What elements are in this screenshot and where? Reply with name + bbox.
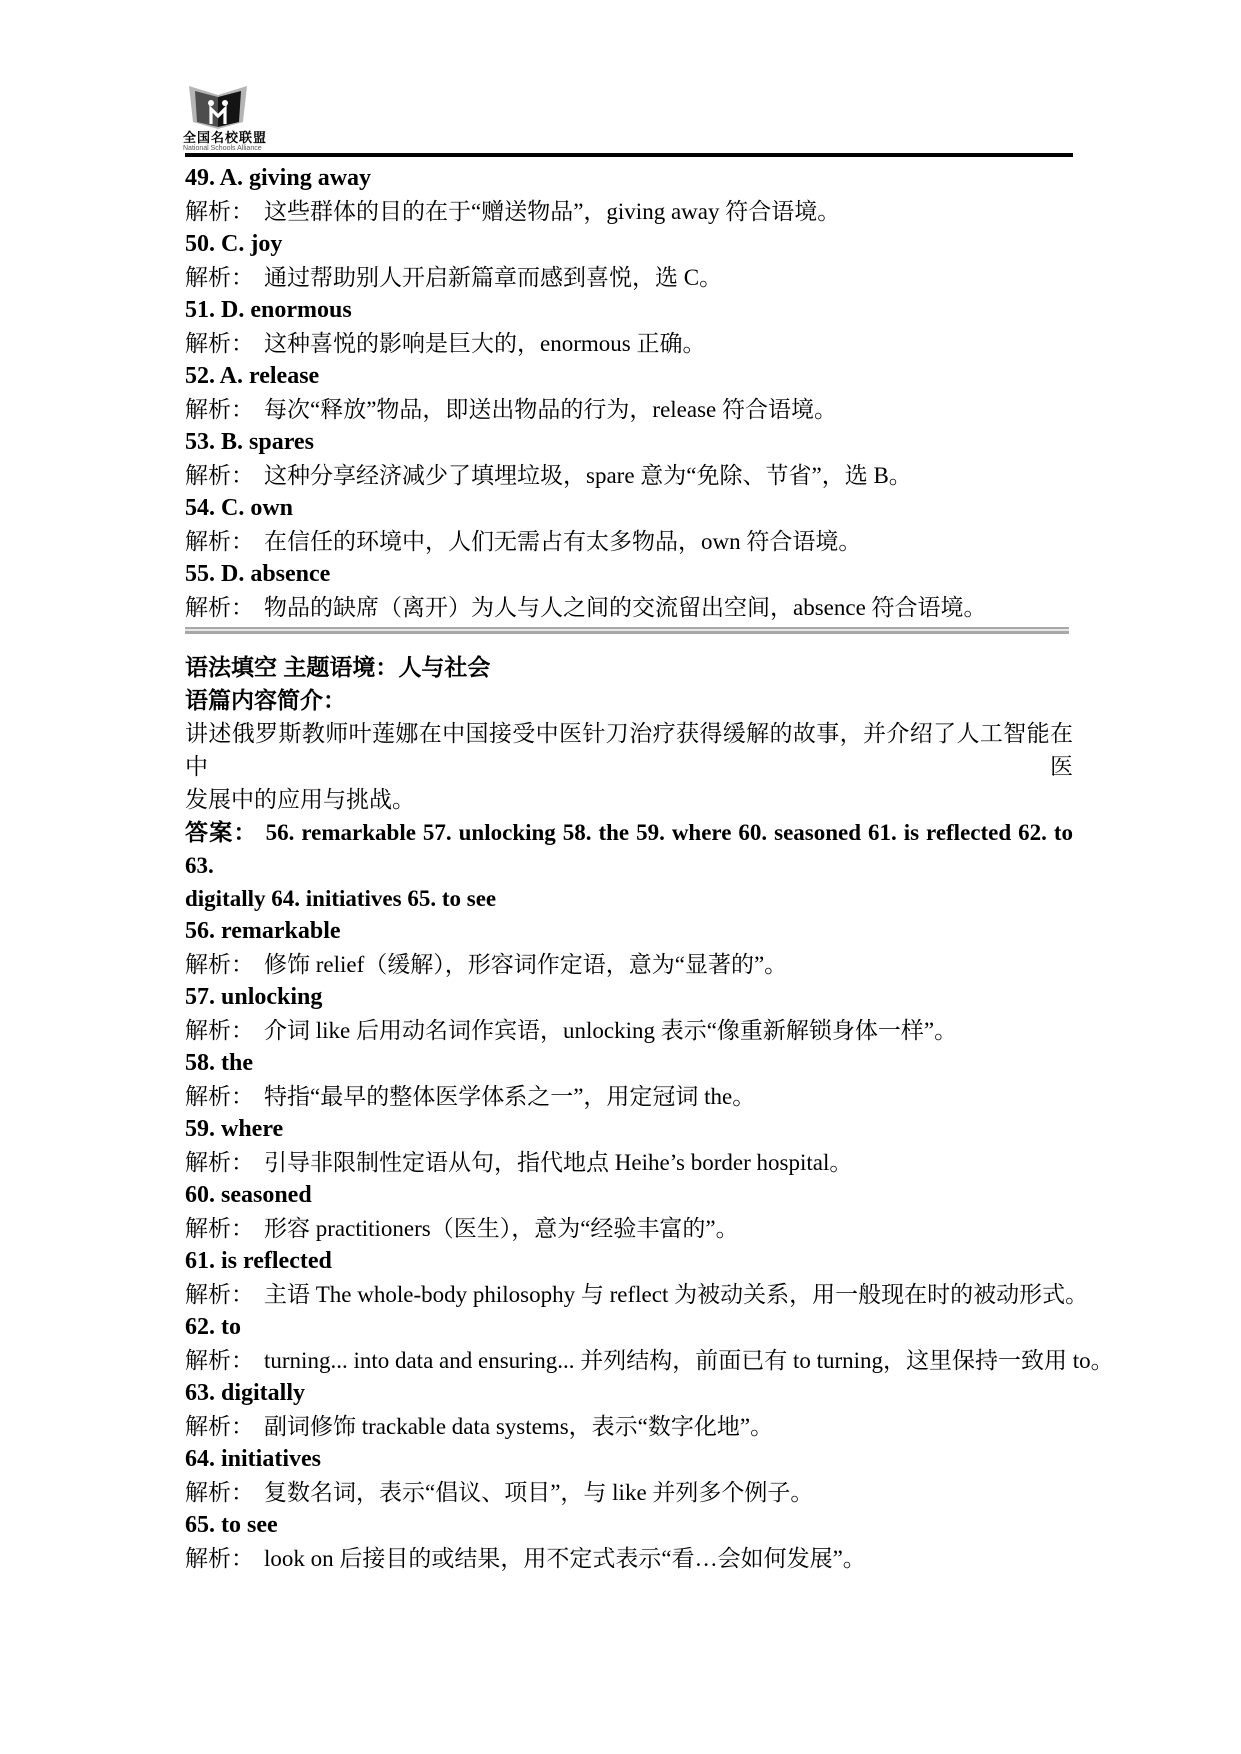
answer-line-62: 62. to <box>185 1311 1073 1344</box>
analysis-label: 解析： <box>185 529 254 554</box>
answer-line-61: 61. is reflected <box>185 1245 1073 1278</box>
document-page: 全国名校联盟 National Schools Alliance 49. A. … <box>0 0 1241 1754</box>
explanation-line-54: 解析：在信任的环境中，人们无需占有太多物品，own 符合语境。 <box>185 525 1073 558</box>
analysis-label: 解析： <box>185 463 254 488</box>
answers-label: 答案： <box>185 819 258 845</box>
explanation-text: 介词 like 后用动名词作宾语，unlocking 表示“像重新解锁身体一样”… <box>264 1018 957 1043</box>
explanation-line-64: 解析：复数名词，表示“倡议、项目”，与 like 并列多个例子。 <box>185 1476 1073 1509</box>
explanation-line-53: 解析：这种分享经济减少了填埋垃圾，spare 意为“免除、节省”，选 B。 <box>185 459 1073 492</box>
explanation-line-58: 解析：特指“最早的整体医学体系之一”，用定冠词 the。 <box>185 1080 1073 1113</box>
explanation-line-65: 解析：look on 后接目的或结果，用不定式表示“看…会如何发展”。 <box>185 1542 1073 1575</box>
analysis-label: 解析： <box>185 1018 254 1043</box>
answer-line-60: 60. seasoned <box>185 1179 1073 1212</box>
answer-line-57: 57. unlocking <box>185 981 1073 1014</box>
explanation-text: 引导非限制性定语从句，指代地点 Heihe’s border hospital。 <box>264 1150 852 1175</box>
passage-intro-line-1: 讲述俄罗斯教师叶莲娜在中国接受中医针刀治疗获得缓解的故事，并介绍了人工智能在中医 <box>185 717 1073 783</box>
logo-subtitle: National Schools Alliance <box>183 145 253 153</box>
explanation-line-55: 解析：物品的缺席（离开）为人与人之间的交流留出空间，absence 符合语境。 <box>185 591 1073 624</box>
explanation-line-60: 解析：形容 practitioners（医生），意为“经验丰富的”。 <box>185 1212 1073 1245</box>
analysis-label: 解析： <box>185 265 254 290</box>
explanation-text: 这些群体的目的在于“赠送物品”，giving away 符合语境。 <box>264 199 840 224</box>
explanation-text: 在信任的环境中，人们无需占有太多物品，own 符合语境。 <box>264 529 861 554</box>
grammar-section-heading: 语法填空 主题语境：人与社会 <box>185 651 1073 684</box>
answer-line-51: 51. D. enormous <box>185 294 1073 327</box>
answer-line-64: 64. initiatives <box>185 1443 1073 1476</box>
explanation-text: 这种分享经济减少了填埋垃圾，spare 意为“免除、节省”，选 B。 <box>264 463 912 488</box>
answer-line-65: 65. to see <box>185 1509 1073 1542</box>
explanation-text: 物品的缺席（离开）为人与人之间的交流留出空间，absence 符合语境。 <box>264 595 987 620</box>
answer-key-content: 49. A. giving away 解析：这些群体的目的在于“赠送物品”，gi… <box>185 162 1073 1575</box>
answer-line-54: 54. C. own <box>185 492 1073 525</box>
explanation-line-49: 解析：这些群体的目的在于“赠送物品”，giving away 符合语境。 <box>185 195 1073 228</box>
explanation-text: 特指“最早的整体医学体系之一”，用定冠词 the。 <box>264 1084 755 1109</box>
explanation-text: turning... into data and ensuring... 并列结… <box>264 1348 1114 1373</box>
header-rule <box>185 153 1073 157</box>
explanation-text: 每次“释放”物品，即送出物品的行为，release 符合语境。 <box>264 397 837 422</box>
explanation-text: 修饰 relief（缓解），形容词作定语，意为“显著的”。 <box>264 952 787 977</box>
analysis-label: 解析： <box>185 1414 254 1439</box>
explanation-line-57: 解析：介词 like 后用动名词作宾语，unlocking 表示“像重新解锁身体… <box>185 1014 1073 1047</box>
explanation-line-52: 解析：每次“释放”物品，即送出物品的行为，release 符合语境。 <box>185 393 1073 426</box>
passage-intro-line-2: 发展中的应用与挑战。 <box>185 783 1073 816</box>
explanation-line-61: 解析：主语 The whole-body philosophy 与 reflec… <box>185 1278 1073 1311</box>
answers-summary-text: 56. remarkable 57. unlocking 58. the 59.… <box>185 820 1073 878</box>
analysis-label: 解析： <box>185 1546 254 1571</box>
analysis-label: 解析： <box>185 1150 254 1175</box>
logo-title: 全国名校联盟 <box>183 131 253 145</box>
analysis-label: 解析： <box>185 595 254 620</box>
explanation-text: 副词修饰 trackable data systems，表示“数字化地”。 <box>264 1414 773 1439</box>
analysis-label: 解析： <box>185 952 254 977</box>
explanation-line-59: 解析：引导非限制性定语从句，指代地点 Heihe’s border hospit… <box>185 1146 1073 1179</box>
answer-line-53: 53. B. spares <box>185 426 1073 459</box>
logo: 全国名校联盟 National Schools Alliance <box>183 84 253 153</box>
analysis-label: 解析： <box>185 1282 254 1307</box>
logo-book-icon <box>186 84 250 131</box>
answer-line-58: 58. the <box>185 1047 1073 1080</box>
analysis-label: 解析： <box>185 1480 254 1505</box>
explanation-text: 通过帮助别人开启新篇章而感到喜悦，选 C。 <box>264 265 722 290</box>
explanation-line-62: 解析：turning... into data and ensuring... … <box>185 1344 1073 1377</box>
explanation-text: look on 后接目的或结果，用不定式表示“看…会如何发展”。 <box>264 1546 866 1571</box>
analysis-label: 解析： <box>185 331 254 356</box>
answer-line-56: 56. remarkable <box>185 915 1073 948</box>
section-divider <box>185 627 1069 634</box>
explanation-text: 主语 The whole-body philosophy 与 reflect 为… <box>264 1282 1088 1307</box>
explanation-line-50: 解析：通过帮助别人开启新篇章而感到喜悦，选 C。 <box>185 261 1073 294</box>
explanation-text: 这种喜悦的影响是巨大的，enormous 正确。 <box>264 331 705 356</box>
answer-line-49: 49. A. giving away <box>185 162 1073 195</box>
explanation-line-63: 解析：副词修饰 trackable data systems，表示“数字化地”。 <box>185 1410 1073 1443</box>
answer-line-55: 55. D. absence <box>185 558 1073 591</box>
analysis-label: 解析： <box>185 1084 254 1109</box>
analysis-label: 解析： <box>185 397 254 422</box>
answers-summary-line-1: 答案：56. remarkable 57. unlocking 58. the … <box>185 816 1073 882</box>
explanation-line-56: 解析：修饰 relief（缓解），形容词作定语，意为“显著的”。 <box>185 948 1073 981</box>
explanation-text: 复数名词，表示“倡议、项目”，与 like 并列多个例子。 <box>264 1480 813 1505</box>
answer-line-50: 50. C. joy <box>185 228 1073 261</box>
answer-line-52: 52. A. release <box>185 360 1073 393</box>
analysis-label: 解析： <box>185 199 254 224</box>
answers-summary-line-2: digitally 64. initiatives 65. to see <box>185 882 1073 915</box>
passage-intro-label: 语篇内容简介： <box>185 684 1073 717</box>
answer-line-59: 59. where <box>185 1113 1073 1146</box>
explanation-text: 形容 practitioners（医生），意为“经验丰富的”。 <box>264 1216 739 1241</box>
analysis-label: 解析： <box>185 1348 254 1373</box>
explanation-line-51: 解析：这种喜悦的影响是巨大的，enormous 正确。 <box>185 327 1073 360</box>
answer-line-63: 63. digitally <box>185 1377 1073 1410</box>
analysis-label: 解析： <box>185 1216 254 1241</box>
